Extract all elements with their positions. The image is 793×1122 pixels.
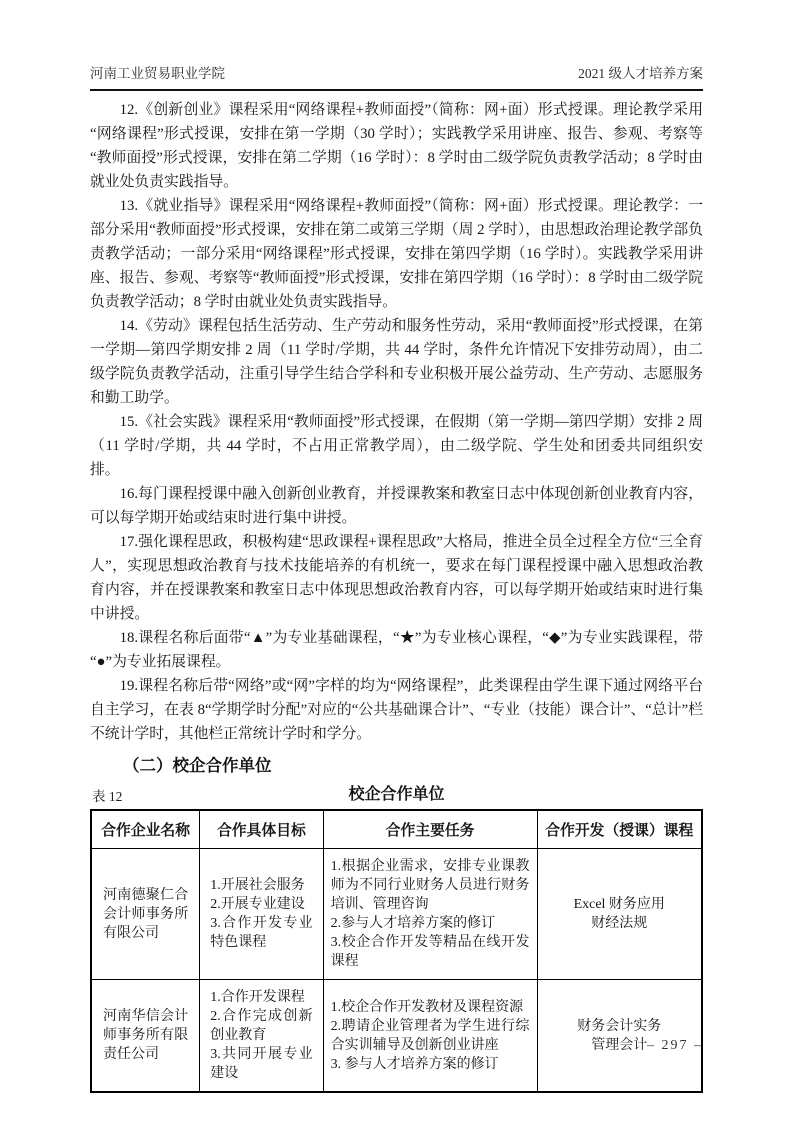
courses-cell: Excel 财务应用 财经法规 <box>537 849 702 980</box>
goal-item: 1.合作开发课程 <box>210 988 312 1007</box>
table-title: 校企合作单位 <box>90 784 703 806</box>
table-label: 表 12 <box>92 786 122 808</box>
course-item: 财经法规 <box>548 914 691 933</box>
col-header-company: 合作企业名称 <box>91 810 200 849</box>
paragraph-12: 12.《创新创业》课程采用“网络课程+教师面授”（简称：网+面）形式授课。理论教… <box>90 98 703 194</box>
goal-item: 1.开展社会服务 <box>210 876 312 895</box>
paragraph-15: 15.《社会实践》课程采用“教师面授”形式授课，在假期（第一学期—第四学期）安排… <box>90 410 703 482</box>
goals-cell: 1.开展社会服务 2.开展专业建设 3.合作开发专业特色课程 <box>200 849 323 980</box>
paragraph-13: 13.《就业指导》课程采用“网络课程+教师面授”（简称：网+面）形式授课。理论教… <box>90 194 703 314</box>
tasks-cell: 1.根据企业需求，安排专业课教师为不同行业财务人员进行财务培训、管理咨询 2.参… <box>323 849 537 980</box>
task-item: 1.根据企业需求，安排专业课教师为不同行业财务人员进行财务培训、管理咨询 <box>331 857 530 914</box>
cooperation-table: 合作企业名称 合作具体目标 合作主要任务 合作开发（授课）课程 河南德聚仁合会计… <box>90 809 703 1093</box>
page-number: – 297 – <box>647 1038 703 1054</box>
company-cell: 河南德聚仁合会计师事务所有限公司 <box>91 849 200 980</box>
header-doc-title: 2021 级人才培养方案 <box>578 62 703 82</box>
paragraph-19: 19.课程名称后带“网络”或“网”字样的均为“网络课程”，此类课程由学生课下通过… <box>90 674 703 746</box>
company-cell: 河南华信会计师事务所有限责任公司 <box>91 980 200 1093</box>
task-item: 2.参与人才培养方案的修订 <box>331 914 530 933</box>
table-header-row: 合作企业名称 合作具体目标 合作主要任务 合作开发（授课）课程 <box>91 810 702 849</box>
goal-item: 3.合作开发专业特色课程 <box>210 914 312 952</box>
paragraph-17: 17.强化课程思政，积极构建“思政课程+课程思政”大格局，推进全员全过程全方位“… <box>90 530 703 626</box>
table-caption: 表 12 校企合作单位 <box>90 784 703 806</box>
tasks-cell: 1.校企合作开发教材及课程资源 2.聘请企业管理者为学生进行综合实训辅导及创新创… <box>323 980 537 1093</box>
section-heading: （二）校企合作单位 <box>90 755 703 777</box>
paragraph-18: 18.课程名称后面带“▲”为专业基础课程，“★”为专业核心课程，“◆”为专业实践… <box>90 626 703 674</box>
table-row: 河南华信会计师事务所有限责任公司 1.合作开发课程 2.合作完成创新创业教育 3… <box>91 980 702 1093</box>
goal-item: 2.合作完成创新创业教育 <box>210 1007 312 1045</box>
courses-cell: 财务会计实务 管理会计 <box>537 980 702 1093</box>
col-header-courses: 合作开发（授课）课程 <box>537 810 702 849</box>
goal-item: 2.开展专业建设 <box>210 895 312 914</box>
header-school-name: 河南工业贸易职业学院 <box>90 62 225 82</box>
goal-item: 3.共同开展专业建设 <box>210 1045 312 1083</box>
course-item: 财务会计实务 <box>548 1017 691 1036</box>
task-item: 2.聘请企业管理者为学生进行综合实训辅导及创新创业讲座 <box>331 1017 530 1055</box>
task-item: 1.校企合作开发教材及课程资源 <box>331 998 530 1017</box>
document-body: 12.《创新创业》课程采用“网络课程+教师面授”（简称：网+面）形式授课。理论教… <box>90 98 703 746</box>
col-header-tasks: 合作主要任务 <box>323 810 537 849</box>
paragraph-14: 14.《劳动》课程包括生活劳动、生产劳动和服务性劳动，采用“教师面授”形式授课，… <box>90 314 703 410</box>
task-item: 3.校企合作开发等精品在线开发课程 <box>331 933 530 971</box>
course-item: Excel 财务应用 <box>548 895 691 914</box>
goals-cell: 1.合作开发课程 2.合作完成创新创业教育 3.共同开展专业建设 <box>200 980 323 1093</box>
page-header: 河南工业贸易职业学院 2021 级人才培养方案 <box>90 62 703 91</box>
page: 河南工业贸易职业学院 2021 级人才培养方案 12.《创新创业》课程采用“网络… <box>0 0 793 1122</box>
task-item: 3. 参与人才培养方案的修订 <box>331 1055 530 1074</box>
col-header-goals: 合作具体目标 <box>200 810 323 849</box>
paragraph-16: 16.每门课程授课中融入创新创业教育，并授课教案和教室日志中体现创新创业教育内容… <box>90 482 703 530</box>
table-row: 河南德聚仁合会计师事务所有限公司 1.开展社会服务 2.开展专业建设 3.合作开… <box>91 849 702 980</box>
